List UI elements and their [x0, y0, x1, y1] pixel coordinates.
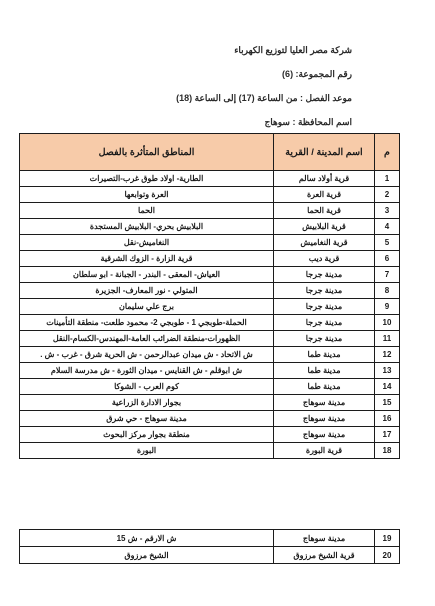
areas-cell: الظهورات-منطقة الضرائب العامة-المهندس-ال… — [20, 331, 274, 347]
table-row: 9مدينة جرجابرج علي سليمان — [20, 299, 400, 315]
table-row: 1قرية أولاد سالمالطارية- اولاد طوق غرب-ا… — [20, 171, 400, 187]
table-row: 10مدينة جرجاالحملة-طوبجي 1 - طوبجي 2- مح… — [20, 315, 400, 331]
city-cell: قرية العرة — [274, 187, 375, 203]
table-row: 3قرية الحماالحما — [20, 203, 400, 219]
table-body: 1قرية أولاد سالمالطارية- اولاد طوق غرب-ا… — [20, 171, 400, 459]
areas-cell: مدينة سوهاج - حي شرق — [20, 411, 274, 427]
city-cell: مدينة سوهاج — [274, 411, 375, 427]
areas-cell: قرية الزارة - الزوك الشرقية — [20, 251, 274, 267]
table-row: 13مدينة طماش ابوقلم - ش القنايس - ميدان … — [20, 363, 400, 379]
table-row: 4قرية البلابيشالبلابيش بحري- البلابيش ال… — [20, 219, 400, 235]
row-number-cell: 16 — [375, 411, 400, 427]
areas-cell: برج علي سليمان — [20, 299, 274, 315]
document-header: شركة مصر العليا لتوزيع الكهرباء رقم المج… — [176, 38, 352, 134]
row-number-cell: 1 — [375, 171, 400, 187]
header-row: م اسم المدينة / القرية المناطق المتأثرة … — [20, 134, 400, 171]
areas-cell: النغاميش-نقل — [20, 235, 274, 251]
city-cell: قرية النغاميش — [274, 235, 375, 251]
row-number-cell: 4 — [375, 219, 400, 235]
row-number-cell: 2 — [375, 187, 400, 203]
table-row: 12مدينة طماش الاتحاد - ش ميدان عبدالرحمن… — [20, 347, 400, 363]
row-number-cell: 18 — [375, 443, 400, 459]
areas-cell: الشيخ مرزوق — [20, 547, 274, 564]
areas-cell: كوم العرب - الشوكا — [20, 379, 274, 395]
areas-cell: العياش- المعقى - البندر - الجبانة - ابو … — [20, 267, 274, 283]
city-cell: مدينة جرجا — [274, 331, 375, 347]
city-cell: مدينة جرجا — [274, 315, 375, 331]
areas-cell: الطارية- اولاد طوق غرب-التصيرات — [20, 171, 274, 187]
city-cell: مدينة جرجا — [274, 299, 375, 315]
table-row: 7مدينة جرجاالعياش- المعقى - البندر - الج… — [20, 267, 400, 283]
areas-cell: الحما — [20, 203, 274, 219]
city-cell: مدينة سوهاج — [274, 427, 375, 443]
city-cell: مدينة طما — [274, 379, 375, 395]
table-row: 18قرية البورةالبورة — [20, 443, 400, 459]
row-number-cell: 17 — [375, 427, 400, 443]
table-row: 17مدينة سوهاجمنطقة بجوار مركز البحوث — [20, 427, 400, 443]
areas-cell: المتولي - نور المعارف- الجزيرة — [20, 283, 274, 299]
table-row: 2قرية العرةالعرة وتوابعها — [20, 187, 400, 203]
row-number-cell: 10 — [375, 315, 400, 331]
city-cell: مدينة جرجا — [274, 283, 375, 299]
areas-cell: ش الاتحاد - ش ميدان عبدالرحمن - ش الحرية… — [20, 347, 274, 363]
company-title: شركة مصر العليا لتوزيع الكهرباء — [176, 38, 352, 62]
table-body-continuation: 19مدينة سوهاجش الارقم - ش 1520قرية الشيخ… — [20, 530, 400, 564]
row-number-cell: 6 — [375, 251, 400, 267]
table-header: م اسم المدينة / القرية المناطق المتأثرة … — [20, 134, 400, 171]
areas-cell: ش ابوقلم - ش القنايس - ميدان الثورة - ش … — [20, 363, 274, 379]
table-row: 6قرية ديبقرية الزارة - الزوك الشرقية — [20, 251, 400, 267]
city-cell: قرية أولاد سالم — [274, 171, 375, 187]
row-number-cell: 13 — [375, 363, 400, 379]
row-number-cell: 5 — [375, 235, 400, 251]
table-row: 19مدينة سوهاجش الارقم - ش 15 — [20, 530, 400, 547]
table-row: 11مدينة جرجاالظهورات-منطقة الضرائب العام… — [20, 331, 400, 347]
table-row: 15مدينة سوهاجبجوار الادارة الزراعية — [20, 395, 400, 411]
row-number-cell: 12 — [375, 347, 400, 363]
areas-cell: البلابيش بحري- البلابيش المستجدة — [20, 219, 274, 235]
city-cell: قرية البورة — [274, 443, 375, 459]
table-row: 14مدينة طماكوم العرب - الشوكا — [20, 379, 400, 395]
areas-cell: منطقة بجوار مركز البحوث — [20, 427, 274, 443]
city-cell: قرية الحما — [274, 203, 375, 219]
column-header-number: م — [375, 134, 400, 171]
city-cell: قرية ديب — [274, 251, 375, 267]
row-number-cell: 8 — [375, 283, 400, 299]
outage-time-line: موعد الفصل : من الساعة (17) إلى الساعة (… — [176, 86, 352, 110]
table-row: 20قرية الشيخ مرزوقالشيخ مرزوق — [20, 547, 400, 564]
areas-cell: ش الارقم - ش 15 — [20, 530, 274, 547]
outage-schedule-table-continuation: 19مدينة سوهاجش الارقم - ش 1520قرية الشيخ… — [19, 529, 400, 564]
city-cell: قرية الشيخ مرزوق — [274, 547, 375, 564]
city-cell: مدينة طما — [274, 347, 375, 363]
row-number-cell: 19 — [375, 530, 400, 547]
table-row: 16مدينة سوهاجمدينة سوهاج - حي شرق — [20, 411, 400, 427]
document-page: شركة مصر العليا لتوزيع الكهرباء رقم المج… — [0, 0, 435, 606]
table-row: 5قرية النغاميشالنغاميش-نقل — [20, 235, 400, 251]
column-header-city: اسم المدينة / القرية — [274, 134, 375, 171]
row-number-cell: 3 — [375, 203, 400, 219]
row-number-cell: 7 — [375, 267, 400, 283]
city-cell: مدينة جرجا — [274, 267, 375, 283]
city-cell: مدينة طما — [274, 363, 375, 379]
city-cell: قرية البلابيش — [274, 219, 375, 235]
group-number-line: رقم المجموعة: (6) — [176, 62, 352, 86]
table-row: 8مدينة جرجاالمتولي - نور المعارف- الجزير… — [20, 283, 400, 299]
row-number-cell: 15 — [375, 395, 400, 411]
governorate-line: اسم المحافظة : سوهاج — [176, 110, 352, 134]
city-cell: مدينة سوهاج — [274, 530, 375, 547]
areas-cell: العرة وتوابعها — [20, 187, 274, 203]
areas-cell: الحملة-طوبجي 1 - طوبجي 2- محمود طلعت- من… — [20, 315, 274, 331]
outage-schedule-table: م اسم المدينة / القرية المناطق المتأثرة … — [19, 133, 400, 459]
areas-cell: البورة — [20, 443, 274, 459]
row-number-cell: 20 — [375, 547, 400, 564]
row-number-cell: 9 — [375, 299, 400, 315]
row-number-cell: 14 — [375, 379, 400, 395]
areas-cell: بجوار الادارة الزراعية — [20, 395, 274, 411]
city-cell: مدينة سوهاج — [274, 395, 375, 411]
row-number-cell: 11 — [375, 331, 400, 347]
column-header-areas: المناطق المتأثرة بالفصل — [20, 134, 274, 171]
